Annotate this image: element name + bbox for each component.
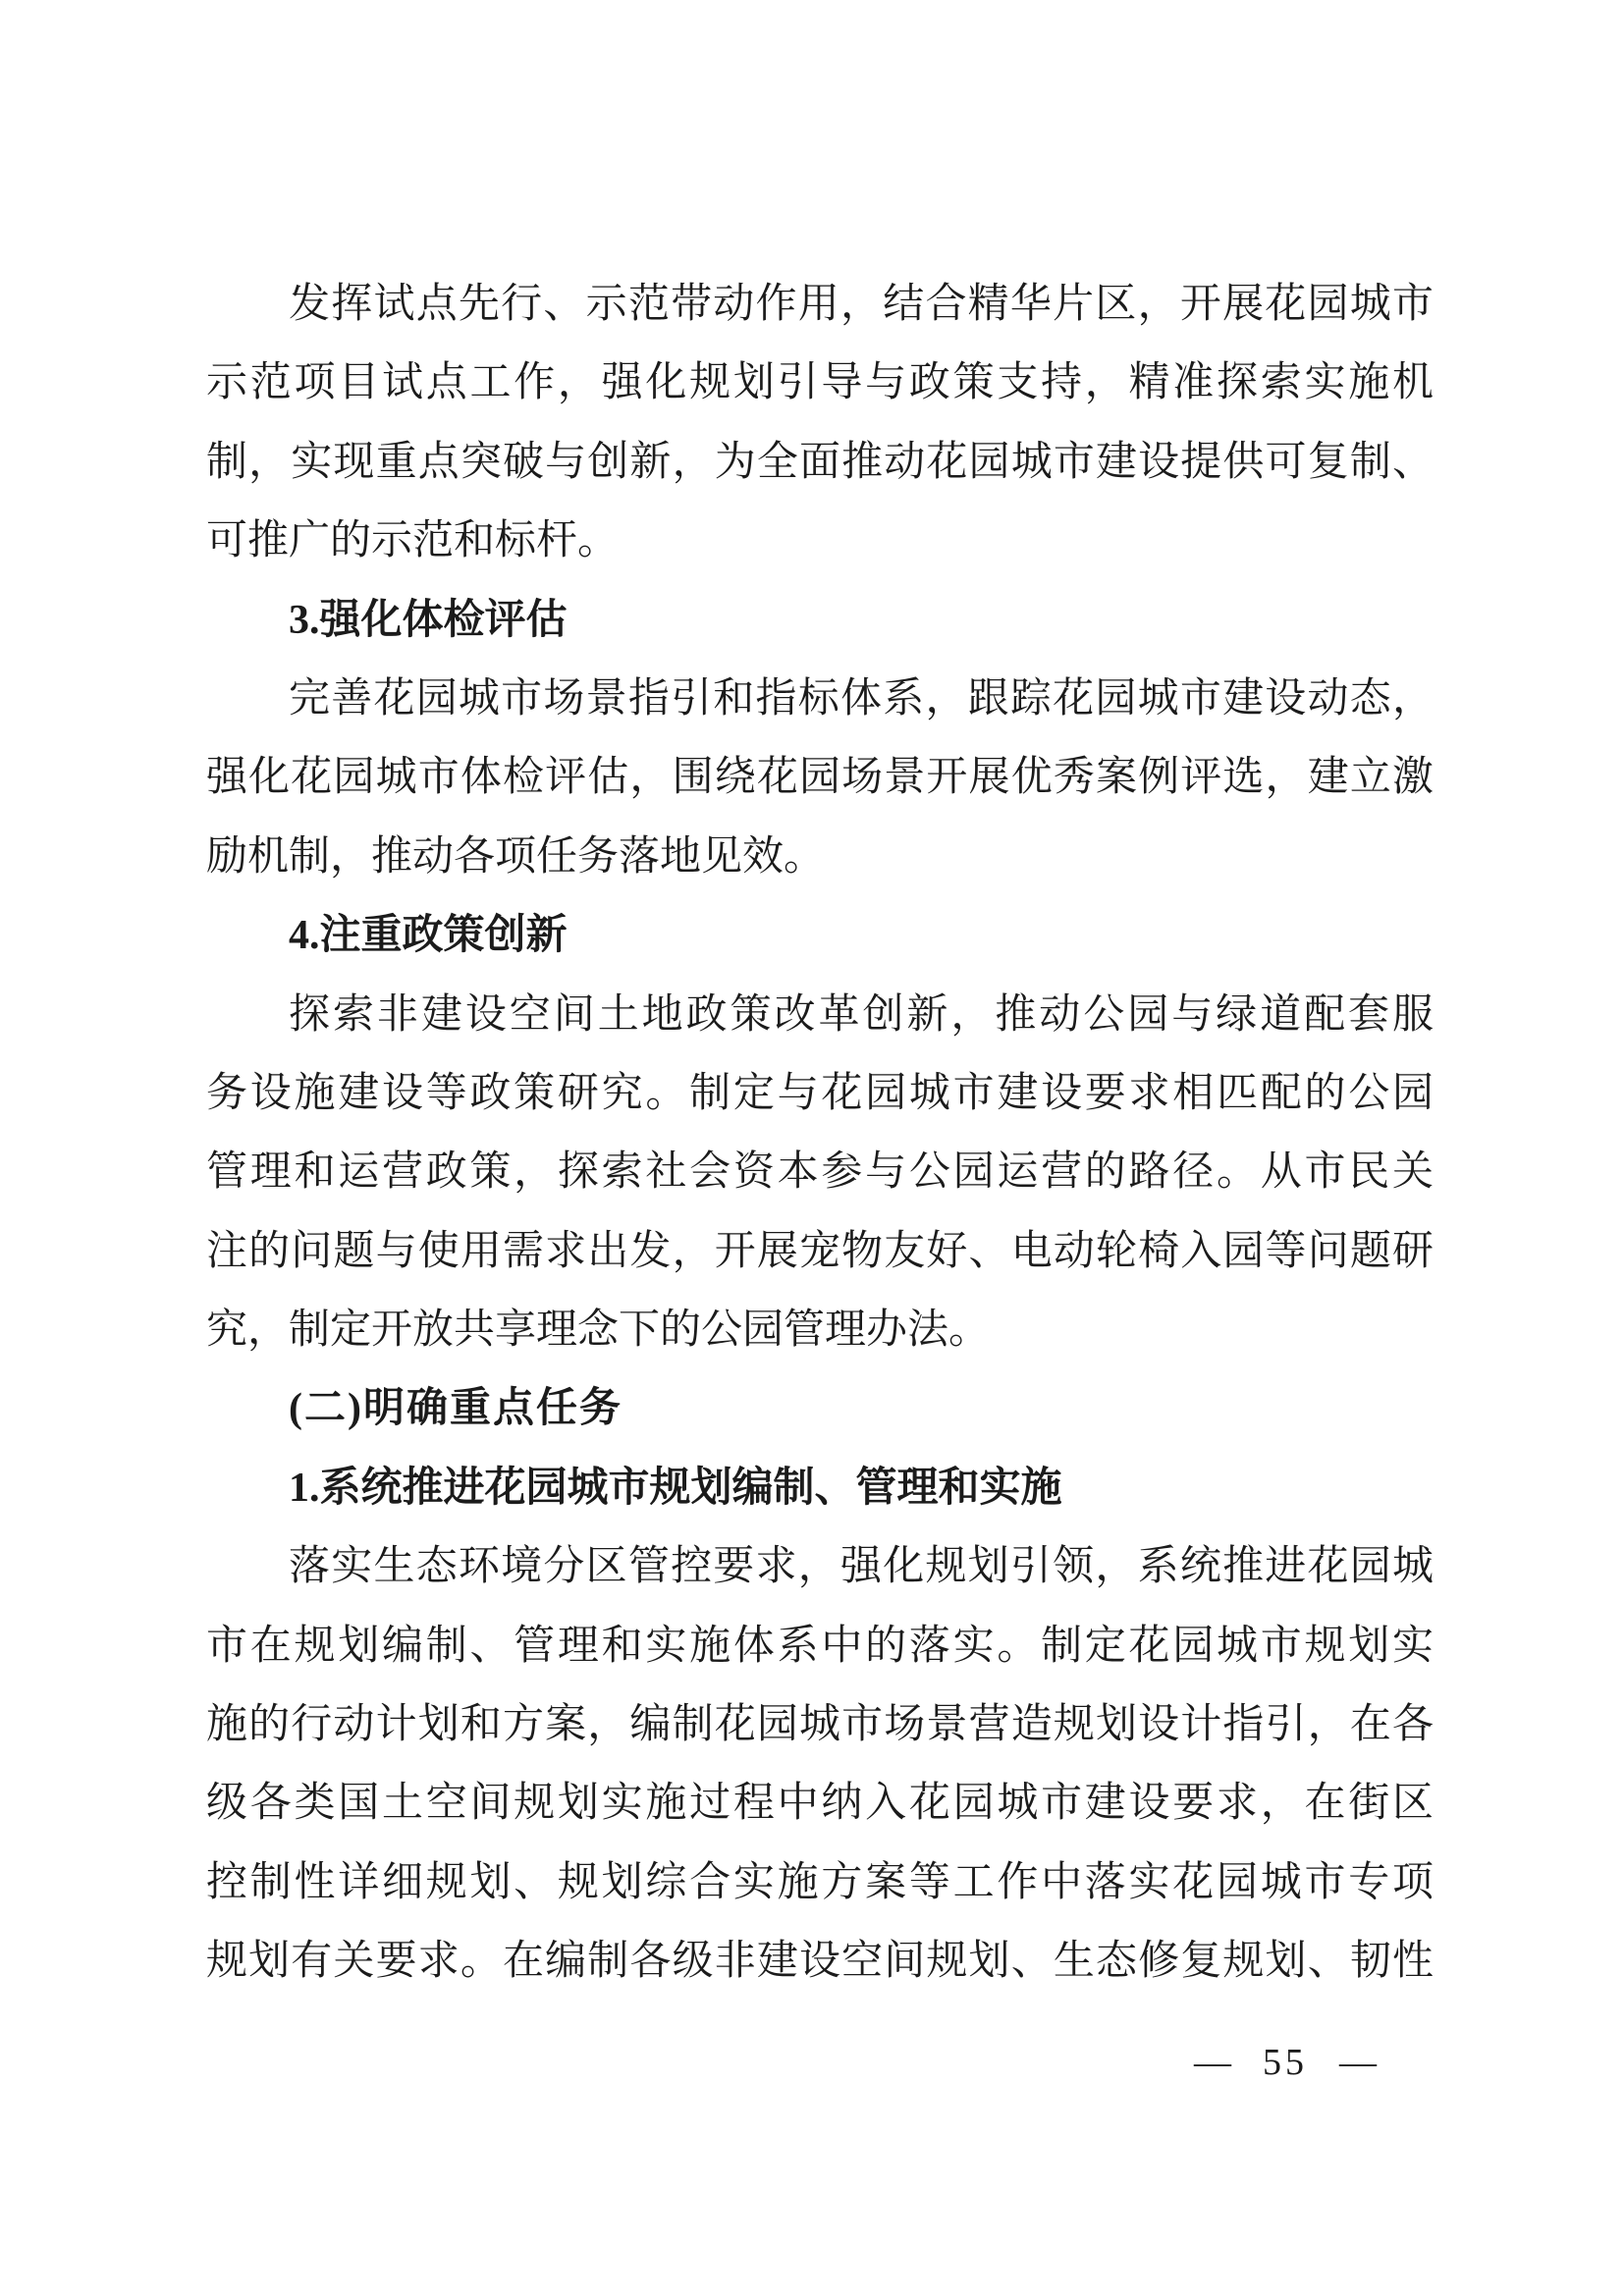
page-number: — 55 —	[1194, 2040, 1377, 2085]
body-line: 管理和运营政策，探索社会资本参与公园运营的路径。从市民关	[206, 1133, 1434, 1211]
body-line: 务设施建设等政策研究。制定与花园城市建设要求相匹配的公园	[206, 1054, 1434, 1133]
body-line: 可推广的示范和标杆。	[206, 502, 1434, 580]
body-line: 注的问题与使用需求出发，开展宠物友好、电动轮椅入园等问题研	[206, 1212, 1434, 1291]
body-line: 完善花园城市场景指引和指标体系，跟踪花园城市建设动态，	[206, 660, 1434, 738]
page-number-value: 55	[1263, 2041, 1308, 2084]
body-line: 探索非建设空间土地政策改革创新，推动公园与绿道配套服	[206, 976, 1434, 1054]
body-line: 控制性详细规划、规划综合实施方案等工作中落实花园城市专项	[206, 1843, 1434, 1922]
document-body: 发挥试点先行、示范带动作用，结合精华片区，开展花园城市 示范项目试点工作，强化规…	[206, 265, 1434, 2002]
body-line: 示范项目试点工作，强化规划引导与政策支持，精准探索实施机	[206, 344, 1434, 422]
section-heading-1: 1.系统推进花园城市规划编制、管理和实施	[206, 1449, 1434, 1527]
body-line: 施的行动计划和方案，编制花园城市场景营造规划设计指引，在各	[206, 1685, 1434, 1764]
body-line: 励机制，推动各项任务落地见效。	[206, 818, 1434, 896]
document-page: 发挥试点先行、示范带动作用，结合精华片区，开展花园城市 示范项目试点工作，强化规…	[0, 0, 1624, 2296]
body-line: 落实生态环境分区管控要求，强化规划引领，系统推进花园城	[206, 1527, 1434, 1606]
body-line: 级各类国土空间规划实施过程中纳入花园城市建设要求，在街区	[206, 1764, 1434, 1842]
section-heading-3: 3.强化体检评估	[206, 581, 1434, 660]
body-line: 究，制定开放共享理念下的公园管理办法。	[206, 1291, 1434, 1369]
body-line: 强化花园城市体检评估，围绕花园场景开展优秀案例评选，建立激	[206, 738, 1434, 817]
subsection-heading-2: (二)明确重点任务	[206, 1369, 1434, 1448]
body-line: 规划有关要求。在编制各级非建设空间规划、生态修复规划、韧性	[206, 1922, 1434, 2001]
em-dash-right: —	[1339, 2041, 1377, 2084]
section-heading-4: 4.注重政策创新	[206, 896, 1434, 975]
body-line: 市在规划编制、管理和实施体系中的落实。制定花园城市规划实	[206, 1607, 1434, 1685]
body-line: 发挥试点先行、示范带动作用，结合精华片区，开展花园城市	[206, 265, 1434, 344]
em-dash-left: —	[1194, 2041, 1231, 2084]
body-line: 制，实现重点突破与创新，为全面推动花园城市建设提供可复制、	[206, 423, 1434, 502]
